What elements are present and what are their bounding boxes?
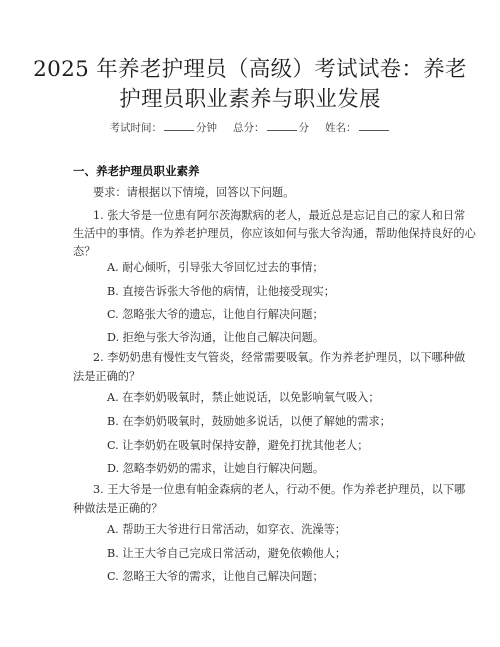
question-text-line: 2. 李奶奶患有慢性支气管炎，经常需要吸氧。作为养老护理员，以下哪种做 xyxy=(93,350,465,366)
section-heading: 一、养老护理员职业素养 xyxy=(73,163,200,179)
option-a: A. 帮助王大爷进行日常活动，如穿衣、洗澡等； xyxy=(107,522,346,538)
option-c: C. 让李奶奶在吸氧时保持安静，避免打扰其他老人； xyxy=(107,438,368,454)
page-title-line-1: 2025 年养老护理员（高级）考试试卷：养老 xyxy=(0,57,500,83)
name-blank xyxy=(359,121,389,131)
exam-time-label: 考试时间： xyxy=(110,122,163,134)
question-text-line: 1. 张大爷是一位患有阿尔茨海默病的老人，最近总是忘记自己的家人和日常 xyxy=(93,208,465,224)
option-a: A. 在李奶奶吸氧时，禁止她说话，以免影响氧气吸入； xyxy=(107,390,380,406)
option-c: C. 忽略王大爷的需求，让他自己解决问题； xyxy=(107,569,324,585)
exam-page: 2025 年养老护理员（高级）考试试卷：养老 护理员职业素养与职业发展 考试时间… xyxy=(0,0,500,647)
option-b: B. 在李奶奶吸氧时，鼓励她多说话，以便了解她的需求； xyxy=(107,414,391,430)
option-d: D. 忽略李奶奶的需求，让她自行解决问题。 xyxy=(107,461,324,477)
question-text-line: 种做法是正确的？ xyxy=(73,501,163,517)
exam-time-unit: 分钟 xyxy=(196,122,217,134)
option-a: A. 耐心倾听，引导张大爷回忆过去的事情； xyxy=(107,260,324,276)
question-text-line: 法是正确的？ xyxy=(73,369,140,385)
option-b: B. 直接告诉张大爷他的病情，让他接受现实； xyxy=(107,284,335,300)
section-requirement: 要求：请根据以下情境，回答以下问题。 xyxy=(93,185,294,201)
option-b: B. 让王大爷自己完成日常活动，避免依赖他人； xyxy=(107,546,346,562)
exam-time-blank xyxy=(164,121,194,131)
option-d: D. 拒绝与张大爷沟通，让他自己解决问题。 xyxy=(107,330,324,346)
total-score-label: 总分： xyxy=(233,122,265,134)
question-text-line: 3. 王大爷是一位患有帕金森病的老人，行动不便。作为养老护理员，以下哪 xyxy=(93,482,465,498)
page-title-line-2: 护理员职业素养与职业发展 xyxy=(0,87,500,113)
name-label: 姓名： xyxy=(325,122,357,134)
exam-info-line: 考试时间：分钟总分：分姓名： xyxy=(0,121,500,135)
total-score-blank xyxy=(267,121,297,131)
option-c: C. 忽略张大爷的遗忘，让他自行解决问题； xyxy=(107,307,324,323)
question-text-line: 态？ xyxy=(73,244,95,260)
question-text-line: 生活中的事情。作为养老护理员，你应该如何与张大爷沟通，帮助他保持良好的心 xyxy=(73,226,476,242)
total-score-unit: 分 xyxy=(299,122,310,134)
